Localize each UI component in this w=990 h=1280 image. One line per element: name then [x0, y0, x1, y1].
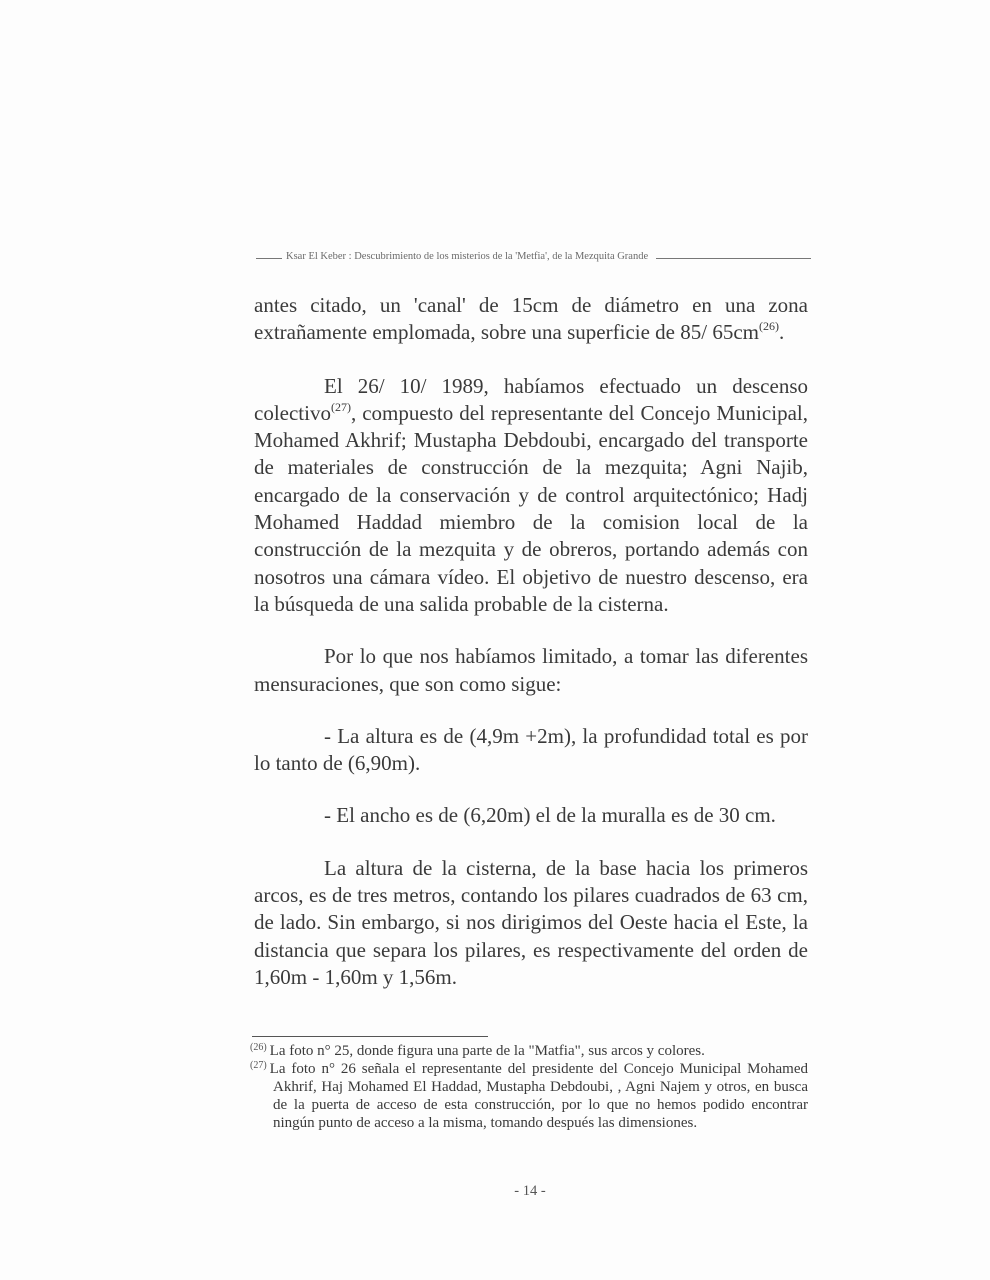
paragraph-1-text: antes citado, un 'canal' de 15cm de diám… [254, 293, 808, 344]
paragraph-5: - El ancho es de (6,20m) el de la murall… [254, 802, 808, 829]
footnote-text: La foto n° 26 señala el representante de… [270, 1061, 808, 1131]
footnote-ref-26: (26) [759, 319, 779, 333]
header-rule-right [656, 258, 811, 259]
footnotes: (26)La foto n° 25, donde figura una part… [250, 1042, 808, 1132]
paragraph-1-end: . [779, 320, 784, 344]
footnote-text: La foto n° 25, donde figura una parte de… [270, 1043, 705, 1059]
paragraph-1: antes citado, un 'canal' de 15cm de diám… [254, 292, 808, 347]
paragraph-3: Por lo que nos habíamos limitado, a toma… [254, 643, 808, 698]
footnote-26: (26)La foto n° 25, donde figura una part… [250, 1042, 808, 1060]
header-rule-left [256, 258, 282, 259]
running-header-title: Ksar El Keber : Descubrimiento de los mi… [286, 251, 648, 262]
footnote-27: (27)La foto n° 26 señala el representant… [250, 1060, 808, 1132]
page-number: - 14 - [0, 1183, 990, 1200]
footnote-separator [252, 1036, 488, 1037]
paragraph-2-rest: , compuesto del representante del Concej… [254, 401, 808, 616]
paragraph-6: La altura de la cisterna, de la base hac… [254, 855, 808, 991]
paragraph-2: El 26/ 10/ 1989, habíamos efectuado un d… [254, 373, 808, 619]
body-text: antes citado, un 'canal' de 15cm de diám… [254, 292, 808, 991]
running-header: Ksar El Keber : Descubrimiento de los mi… [256, 251, 811, 262]
footnote-ref-27: (27) [331, 400, 351, 414]
paragraph-4: - La altura es de (4,9m +2m), la profund… [254, 723, 808, 778]
footnote-mark: (27) [250, 1060, 267, 1071]
footnote-mark: (26) [250, 1042, 267, 1053]
